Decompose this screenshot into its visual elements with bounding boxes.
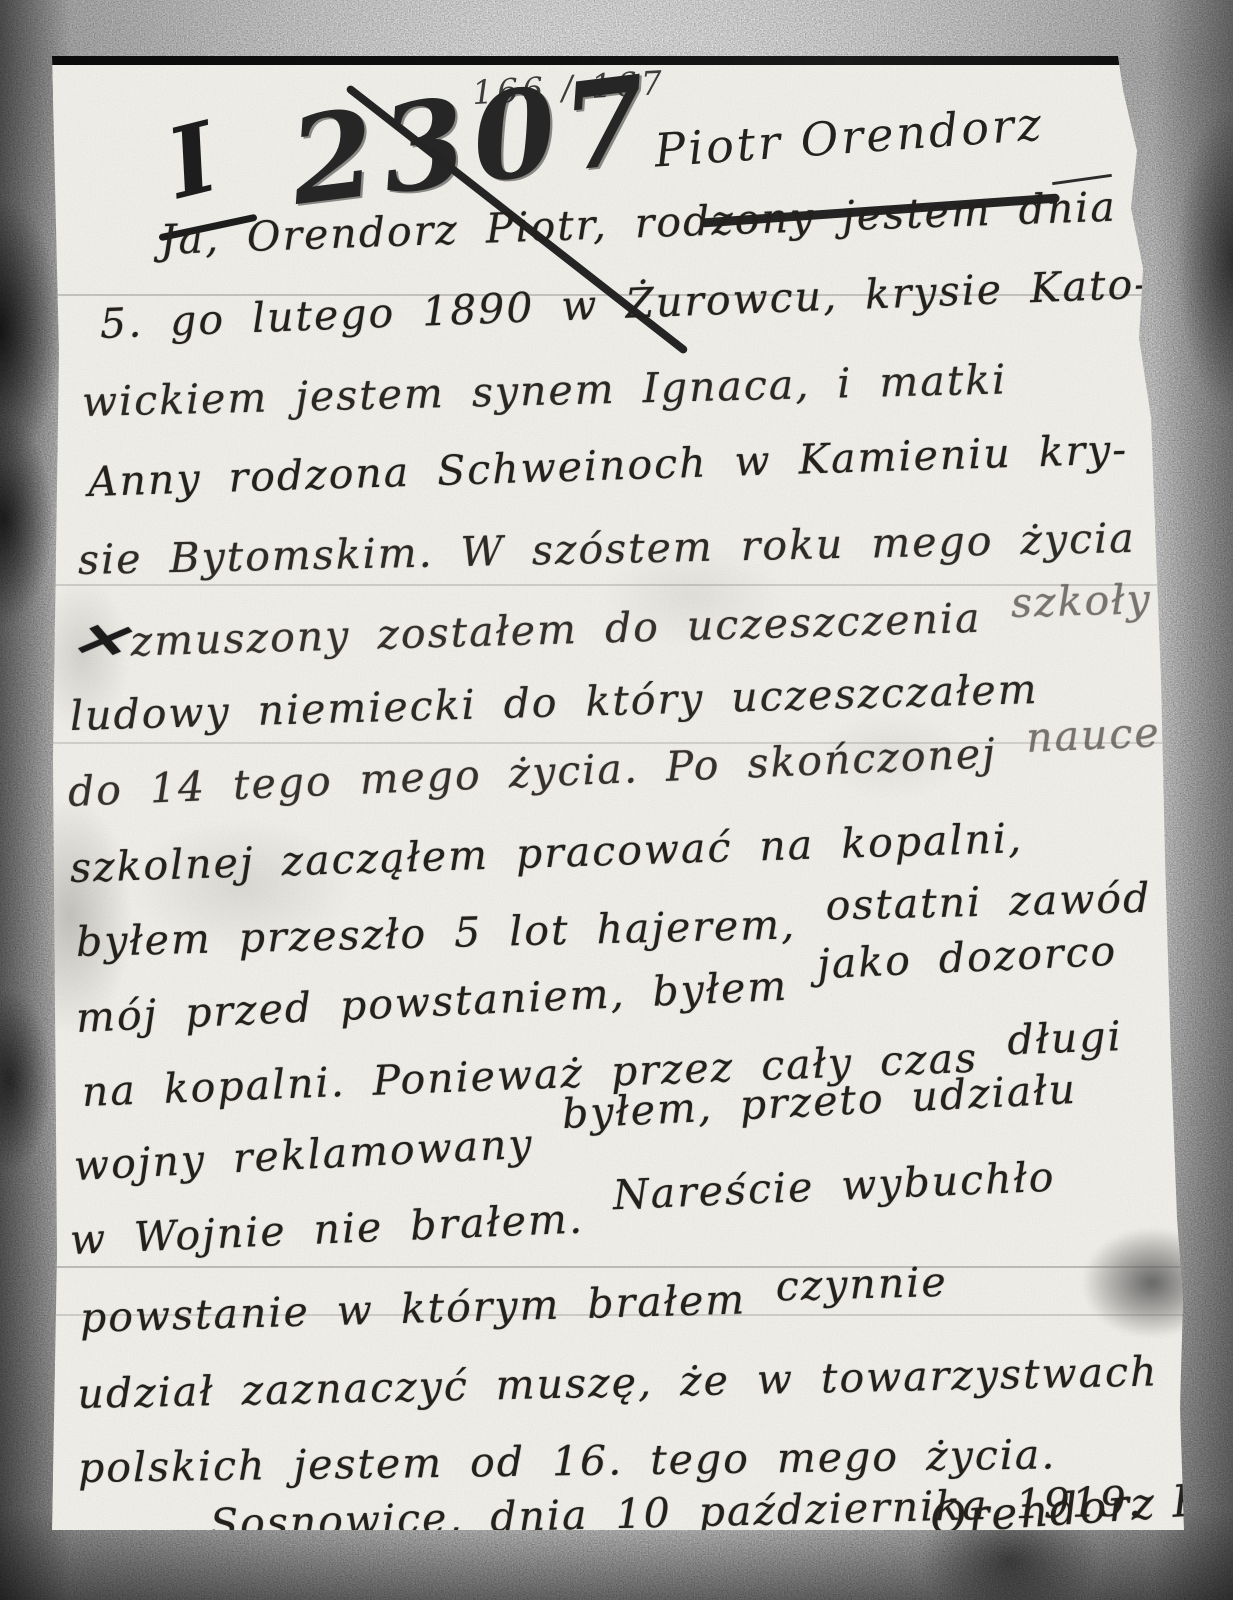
index-numeral: I [157,100,228,221]
scanned-document-page: 166 / 167 I 2307 Piotr Orendorz Ja, Oren… [0,0,1233,1600]
document-paper: 166 / 167 I 2307 Piotr Orendorz Ja, Oren… [52,56,1184,1530]
crossout-mark: ✕ [65,612,135,670]
handwritten-line: w Wojnie nie brałem.Nareście wybuchło [69,1175,1057,1264]
handwritten-line: ludowy niemiecki do który uczeszczałem [69,664,1069,740]
handwritten-line: wickiem jestem synem Ignaca, i matki [81,355,1037,426]
handwritten-line: powstanie w którym brałemczynnie [79,1270,948,1342]
handwritten-line: do 14 tego mego życia. Po skończonejnauc… [67,722,1162,816]
handwritten-line: sie Bytomskim. W szóstem roku mego życia [77,513,1166,584]
handwritten-line: 5. go lutego 1890 w Żurowcu, krysie Kato… [99,259,1181,348]
heading-name: Piotr Orendorz [653,96,1046,177]
handwritten-line: Anny rodzona Schweinoch w Kamieniu kry- [87,424,1159,506]
handwritten-line: ✕zmuszony zostałem do uczeszczeniaszkoły [79,584,1152,668]
scan-artifact-line [52,1266,1184,1268]
